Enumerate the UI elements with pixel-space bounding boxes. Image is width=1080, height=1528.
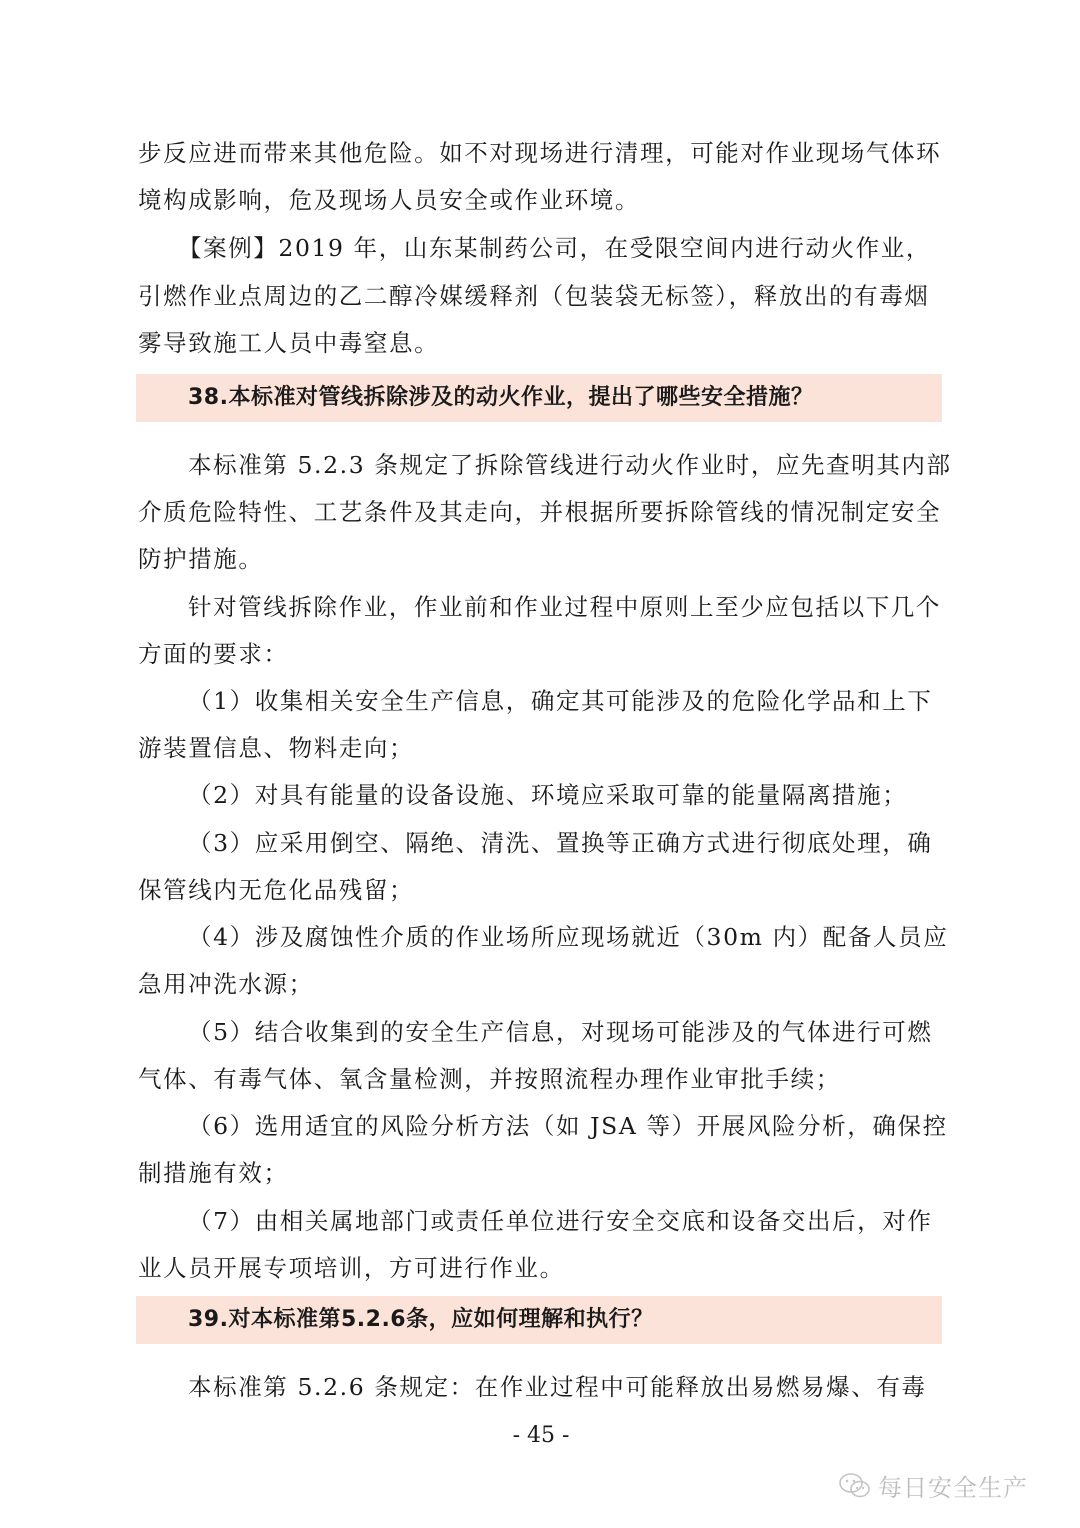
list-item-3-cont: 保管线内无危化品残留； (138, 875, 414, 905)
text-line: 境构成影响，危及现场人员安全或作业环境。 (138, 185, 640, 215)
paragraph-line: 防护措施。 (138, 544, 264, 574)
paragraph-line: 本标准第 5.2.3 条规定了拆除管线进行动火作业时，应先查明其内部 (188, 450, 952, 480)
list-item-2: （2）对具有能量的设备设施、环境应采取可靠的能量隔离措施； (188, 780, 907, 810)
watermark: 每日安全生产 (838, 1468, 1028, 1503)
paragraph-line: 方面的要求： (138, 639, 289, 669)
list-item-1: （1）收集相关安全生产信息，确定其可能涉及的危险化学品和上下 (188, 686, 932, 716)
wechat-icon (838, 1471, 872, 1501)
text-line: 引燃作业点周边的乙二醇冷媒缓释剂（包装袋无标签），释放出的有毒烟 (138, 281, 929, 311)
list-item-5: （5）结合收集到的安全生产信息，对现场可能涉及的气体进行可燃 (188, 1017, 932, 1047)
list-item-4-cont: 急用冲洗水源； (138, 969, 314, 999)
text-line: 步反应进而带来其他危险。如不对现场进行清理，可能对作业现场气体环 (138, 138, 941, 168)
case-line: 【案例】2019 年，山东某制药公司，在受限空间内进行动火作业， (178, 233, 931, 263)
question-38-heading: 38.本标准对管线拆除涉及的动火作业，提出了哪些安全措施？ (188, 383, 813, 413)
list-item-4: （4）涉及腐蚀性介质的作业场所应现场就近（30m 内）配备人员应 (188, 922, 948, 952)
list-item-6: （6）选用适宜的风险分析方法（如 JSA 等）开展风险分析，确保控 (188, 1111, 948, 1141)
paragraph-line: 本标准第 5.2.6 条规定：在作业过程中可能释放出易燃易爆、有毒 (188, 1372, 927, 1402)
list-item-5-cont: 气体、有毒气体、氧含量检测，并按照流程办理作业审批手续； (138, 1064, 841, 1094)
watermark-text: 每日安全生产 (878, 1468, 1028, 1503)
paragraph-line: 针对管线拆除作业，作业前和作业过程中原则上至少应包括以下几个 (188, 592, 941, 622)
text-line: 雾导致施工人员中毒窒息。 (138, 328, 439, 358)
list-item-7: （7）由相关属地部门或责任单位进行安全交底和设备交出后，对作 (188, 1206, 932, 1236)
question-39-heading: 39.对本标准第5.2.6条，应如何理解和执行？ (188, 1305, 654, 1335)
page-number: - 45 - (138, 1423, 944, 1448)
list-item-6-cont: 制措施有效； (138, 1158, 289, 1188)
list-item-1-cont: 游装置信息、物料走向； (138, 733, 414, 763)
list-item-3: （3）应采用倒空、隔绝、清洗、置换等正确方式进行彻底处理，确 (188, 828, 932, 858)
question-39-heading-bar: 39.对本标准第5.2.6条，应如何理解和执行？ (136, 1296, 942, 1344)
question-38-heading-bar: 38.本标准对管线拆除涉及的动火作业，提出了哪些安全措施？ (136, 374, 942, 422)
list-item-7-cont: 业人员开展专项培训，方可进行作业。 (138, 1253, 565, 1283)
paragraph-line: 介质危险特性、工艺条件及其走向，并根据所要拆除管线的情况制定安全 (138, 497, 941, 527)
